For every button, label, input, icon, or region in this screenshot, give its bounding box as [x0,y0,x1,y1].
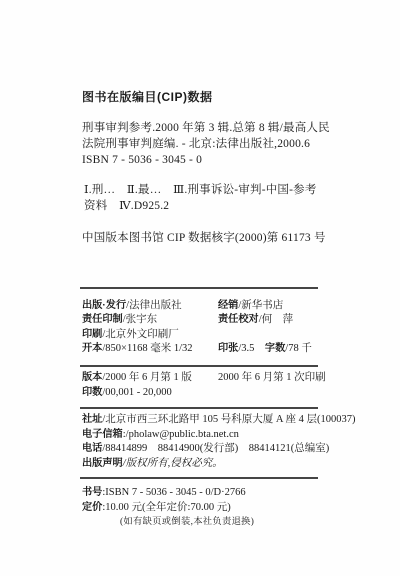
email-row: 电子信箱:/pholaw@public.bta.net.cn [82,428,342,443]
printing-run: 2000 年 6 月第 1 次印刷 [218,371,326,386]
proofreader-label: 责任校对 [218,314,259,325]
address-label: 社址 [82,414,102,425]
wordcount-label: 字数 [265,343,285,354]
phone-label: 电话 [82,443,102,454]
email-value: :/pholaw@public.bta.net.cn [123,429,239,440]
sheets-wordcount-cell: 印张/3.5 字数/78 千 [218,342,312,356]
edition-value: /2000 年 6 月第 1 版 [102,372,192,383]
cip-record: 刑事审判参考.2000 年第 3 辑.总第 8 辑/最高人民 法院刑事审判庭编.… [82,120,332,168]
distributor-value: /新华书店 [238,300,283,311]
sheets-value: /3.5 [238,343,265,354]
printer-label: 印刷 [82,329,102,340]
format-value: /850×1168 毫米 1/32 [102,343,192,354]
statement-value: /版权所有,侵权必究。 [123,458,223,469]
format-row: 开本/850×1168 毫米 1/32 印张/3.5 字数/78 千 [82,342,332,356]
copies-value: /00,001 - 20,000 [102,387,171,398]
print-supervisor-row: 责任印制/张宇东 责任校对/何 萍 [82,313,332,327]
divider-rule [80,407,318,409]
publishing-info-block: 出版·发行/法律出版社 经销/新华书店 责任印制/张宇东 责任校对/何 萍 印刷… [82,299,332,357]
return-policy-note: (如有缺页或倒装,本社负责退换) [120,515,342,530]
cip-subject-line: 资料 Ⅳ.D925.2 [84,199,334,215]
divider-rule [80,477,318,479]
price-value: :10.00 元(全年定价:70.00 元) [102,502,230,513]
proofreader-value: /何 萍 [259,314,293,325]
publisher-row: 出版·发行/法律出版社 经销/新华书店 [82,299,332,313]
copies-row: 印数/00,001 - 20,000 [82,386,332,401]
address-value: /北京市西三环北路甲 105 号科原大厦 A 座 4 层(100037) [102,414,355,425]
distributor-cell: 经销/新华书店 [218,299,283,313]
copies-label: 印数 [82,387,102,398]
book-number-label: 书号 [82,487,102,498]
cip-record-line: 法院刑事审判庭编. - 北京:法律出版社,2000.6 [82,136,332,152]
phone-value: /88414899 88414900(发行部) 88414121(总编室) [102,443,329,454]
contact-info-block: 社址/北京市西三环北路甲 105 号科原大厦 A 座 4 层(100037) 电… [82,413,342,471]
printer-row: 印刷/北京外文印刷厂 [82,328,332,342]
cip-subject-classification: Ⅰ.刑… Ⅱ.最… Ⅲ.刑事诉讼-审判-中国-参考 资料 Ⅳ.D925.2 [84,183,334,214]
email-label: 电子信箱 [82,429,123,440]
phone-row: 电话/88414899 88414900(发行部) 88414121(总编室) [82,442,342,457]
divider-rule [80,287,318,289]
edition-info-block: 版本/2000 年 6 月第 1 版 2000 年 6 月第 1 次印刷 印数/… [82,371,332,400]
statement-label: 出版声明 [82,458,123,469]
printer-value: /北京外文印刷厂 [102,329,178,340]
edition-row: 版本/2000 年 6 月第 1 版 2000 年 6 月第 1 次印刷 [82,371,332,386]
print-supervisor-label: 责任印制 [82,314,123,325]
cip-record-number: 中国版本图书馆 CIP 数据核字(2000)第 61173 号 [82,229,342,245]
proofreader-cell: 责任校对/何 萍 [218,313,293,327]
publisher-label: 出版·发行 [82,300,126,311]
cip-record-isbn: ISBN 7 - 5036 - 3045 - 0 [82,152,332,168]
distributor-label: 经销 [218,300,238,311]
publisher-value: /法律出版社 [126,300,181,311]
copyright-page: 图书在版编目(CIP)数据 刑事审判参考.2000 年第 3 辑.总第 8 辑/… [0,0,400,576]
pricing-info-block: 书号:ISBN 7 - 5036 - 3045 - 0/D·2766 定价:10… [82,485,342,530]
sheets-label: 印张 [218,343,238,354]
edition-label: 版本 [82,372,102,383]
book-number-row: 书号:ISBN 7 - 5036 - 3045 - 0/D·2766 [82,485,342,500]
book-number-value: :ISBN 7 - 5036 - 3045 - 0/D·2766 [102,487,245,498]
statement-row: 出版声明/版权所有,侵权必究。 [82,457,342,472]
format-label: 开本 [82,343,102,354]
address-row: 社址/北京市西三环北路甲 105 号科原大厦 A 座 4 层(100037) [82,413,342,428]
cip-subject-line: Ⅰ.刑… Ⅱ.最… Ⅲ.刑事诉讼-审判-中国-参考 [84,183,334,199]
cip-record-line: 刑事审判参考.2000 年第 3 辑.总第 8 辑/最高人民 [82,120,332,136]
cip-heading: 图书在版编目(CIP)数据 [82,88,213,105]
divider-rule [80,365,318,367]
print-supervisor-value: /张宇东 [123,314,157,325]
wordcount-value: /78 千 [285,343,312,354]
price-row: 定价:10.00 元(全年定价:70.00 元) [82,500,342,515]
price-label: 定价 [82,502,102,513]
